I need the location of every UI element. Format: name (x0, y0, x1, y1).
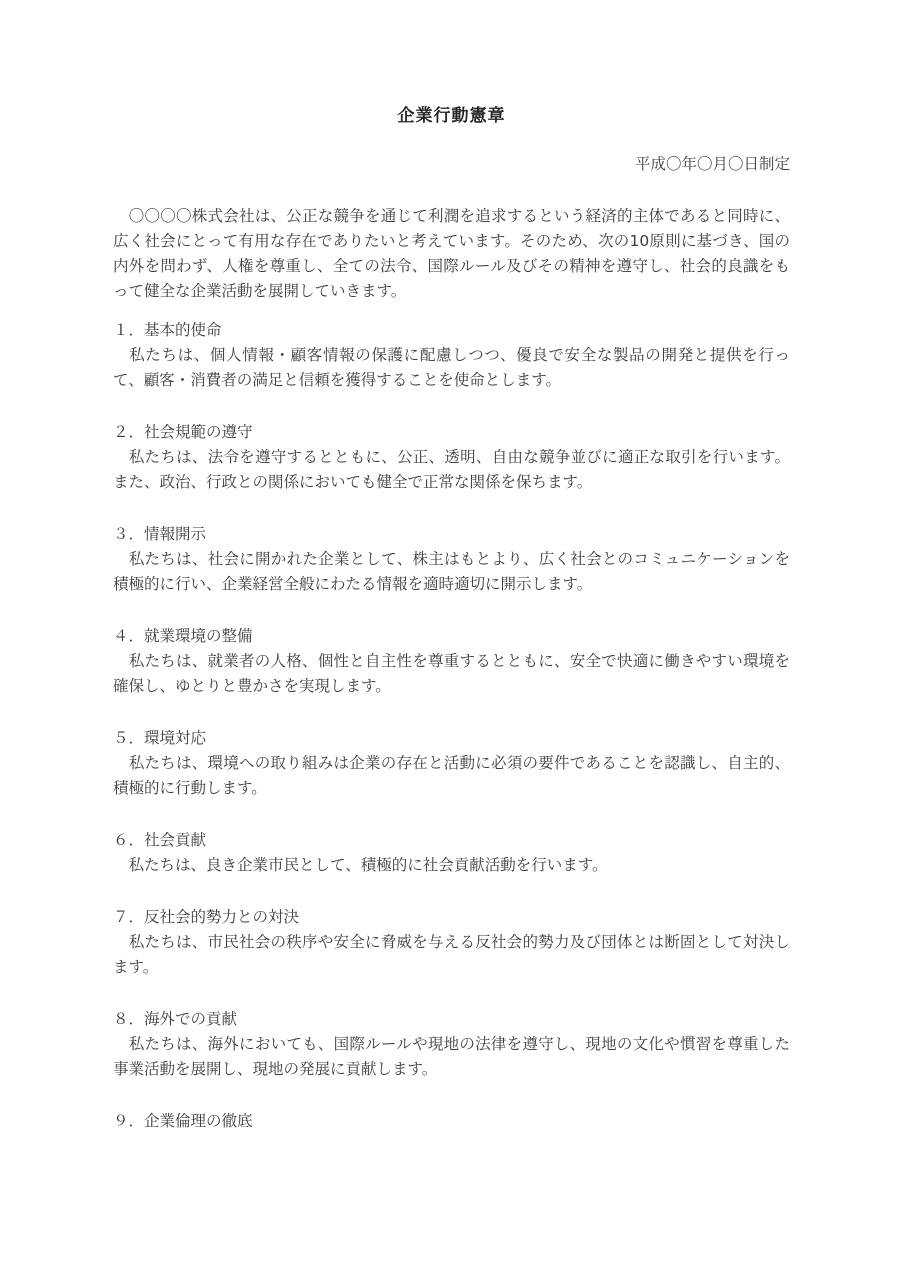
document-title: 企業行動憲章 (113, 104, 790, 129)
section-body: 私たちは、社会に開かれた企業として、株主はもとより、広く社会とのコミュニケーショ… (113, 547, 790, 597)
section-4-work-environment: ４．就業環境の整備 私たちは、就業者の人格、個性と自主性を尊重するとともに、安全… (113, 624, 790, 699)
section-heading: １．基本的使命 (113, 318, 790, 343)
section-heading: ７．反社会的勢力との対決 (113, 905, 790, 930)
section-9-corporate-ethics: ９．企業倫理の徹底 (113, 1109, 790, 1134)
section-1-basic-mission: １．基本的使命 私たちは、個人情報・顧客情報の保護に配慮しつつ、優良で安全な製品… (113, 318, 790, 393)
section-heading: ２．社会規範の遵守 (113, 420, 790, 445)
section-8-overseas-contribution: ８．海外での貢献 私たちは、海外においても、国際ルールや現地の法律を遵守し、現地… (113, 1007, 790, 1082)
section-body: 私たちは、良き企業市民として、積極的に社会貢献活動を行います。 (113, 853, 790, 878)
section-body: 私たちは、環境への取り組みは企業の存在と活動に必須の要件であることを認識し、自主… (113, 751, 790, 801)
section-2-compliance-social-norms: ２．社会規範の遵守 私たちは、法令を遵守するとともに、公正、透明、自由な競争並び… (113, 420, 790, 495)
section-3-information-disclosure: ３．情報開示 私たちは、社会に開かれた企業として、株主はもとより、広く社会とのコ… (113, 522, 790, 597)
document-content: 企業行動憲章 平成〇年〇月〇日制定 〇〇〇〇株式会社は、公正な競争を通じて利潤を… (113, 104, 790, 1134)
section-heading: ６．社会貢献 (113, 828, 790, 853)
section-7-antisocial-forces: ７．反社会的勢力との対決 私たちは、市民社会の秩序や安全に脅威を与える反社会的勢… (113, 905, 790, 980)
document-page: 企業行動憲章 平成〇年〇月〇日制定 〇〇〇〇株式会社は、公正な競争を通じて利潤を… (0, 0, 905, 1280)
section-heading: ４．就業環境の整備 (113, 624, 790, 649)
section-body: 私たちは、就業者の人格、個性と自主性を尊重するとともに、安全で快適に働きやすい環… (113, 649, 790, 699)
section-heading: ９．企業倫理の徹底 (113, 1109, 790, 1134)
section-body: 私たちは、海外においても、国際ルールや現地の法律を遵守し、現地の文化や慣習を尊重… (113, 1032, 790, 1082)
section-body: 私たちは、法令を遵守するとともに、公正、透明、自由な競争並びに適正な取引を行いま… (113, 445, 790, 495)
section-heading: ５．環境対応 (113, 726, 790, 751)
section-heading: ３．情報開示 (113, 522, 790, 547)
section-5-environmental-response: ５．環境対応 私たちは、環境への取り組みは企業の存在と活動に必須の要件であること… (113, 726, 790, 801)
intro-paragraph: 〇〇〇〇株式会社は、公正な競争を通じて利潤を追求するという経済的主体であると同時… (113, 204, 790, 304)
section-heading: ８．海外での貢献 (113, 1007, 790, 1032)
section-body: 私たちは、市民社会の秩序や安全に脅威を与える反社会的勢力及び団体とは断固として対… (113, 930, 790, 980)
enactment-date: 平成〇年〇月〇日制定 (113, 152, 790, 177)
section-body: 私たちは、個人情報・顧客情報の保護に配慮しつつ、優良で安全な製品の開発と提供を行… (113, 343, 790, 393)
section-6-social-contribution: ６．社会貢献 私たちは、良き企業市民として、積極的に社会貢献活動を行います。 (113, 828, 790, 878)
